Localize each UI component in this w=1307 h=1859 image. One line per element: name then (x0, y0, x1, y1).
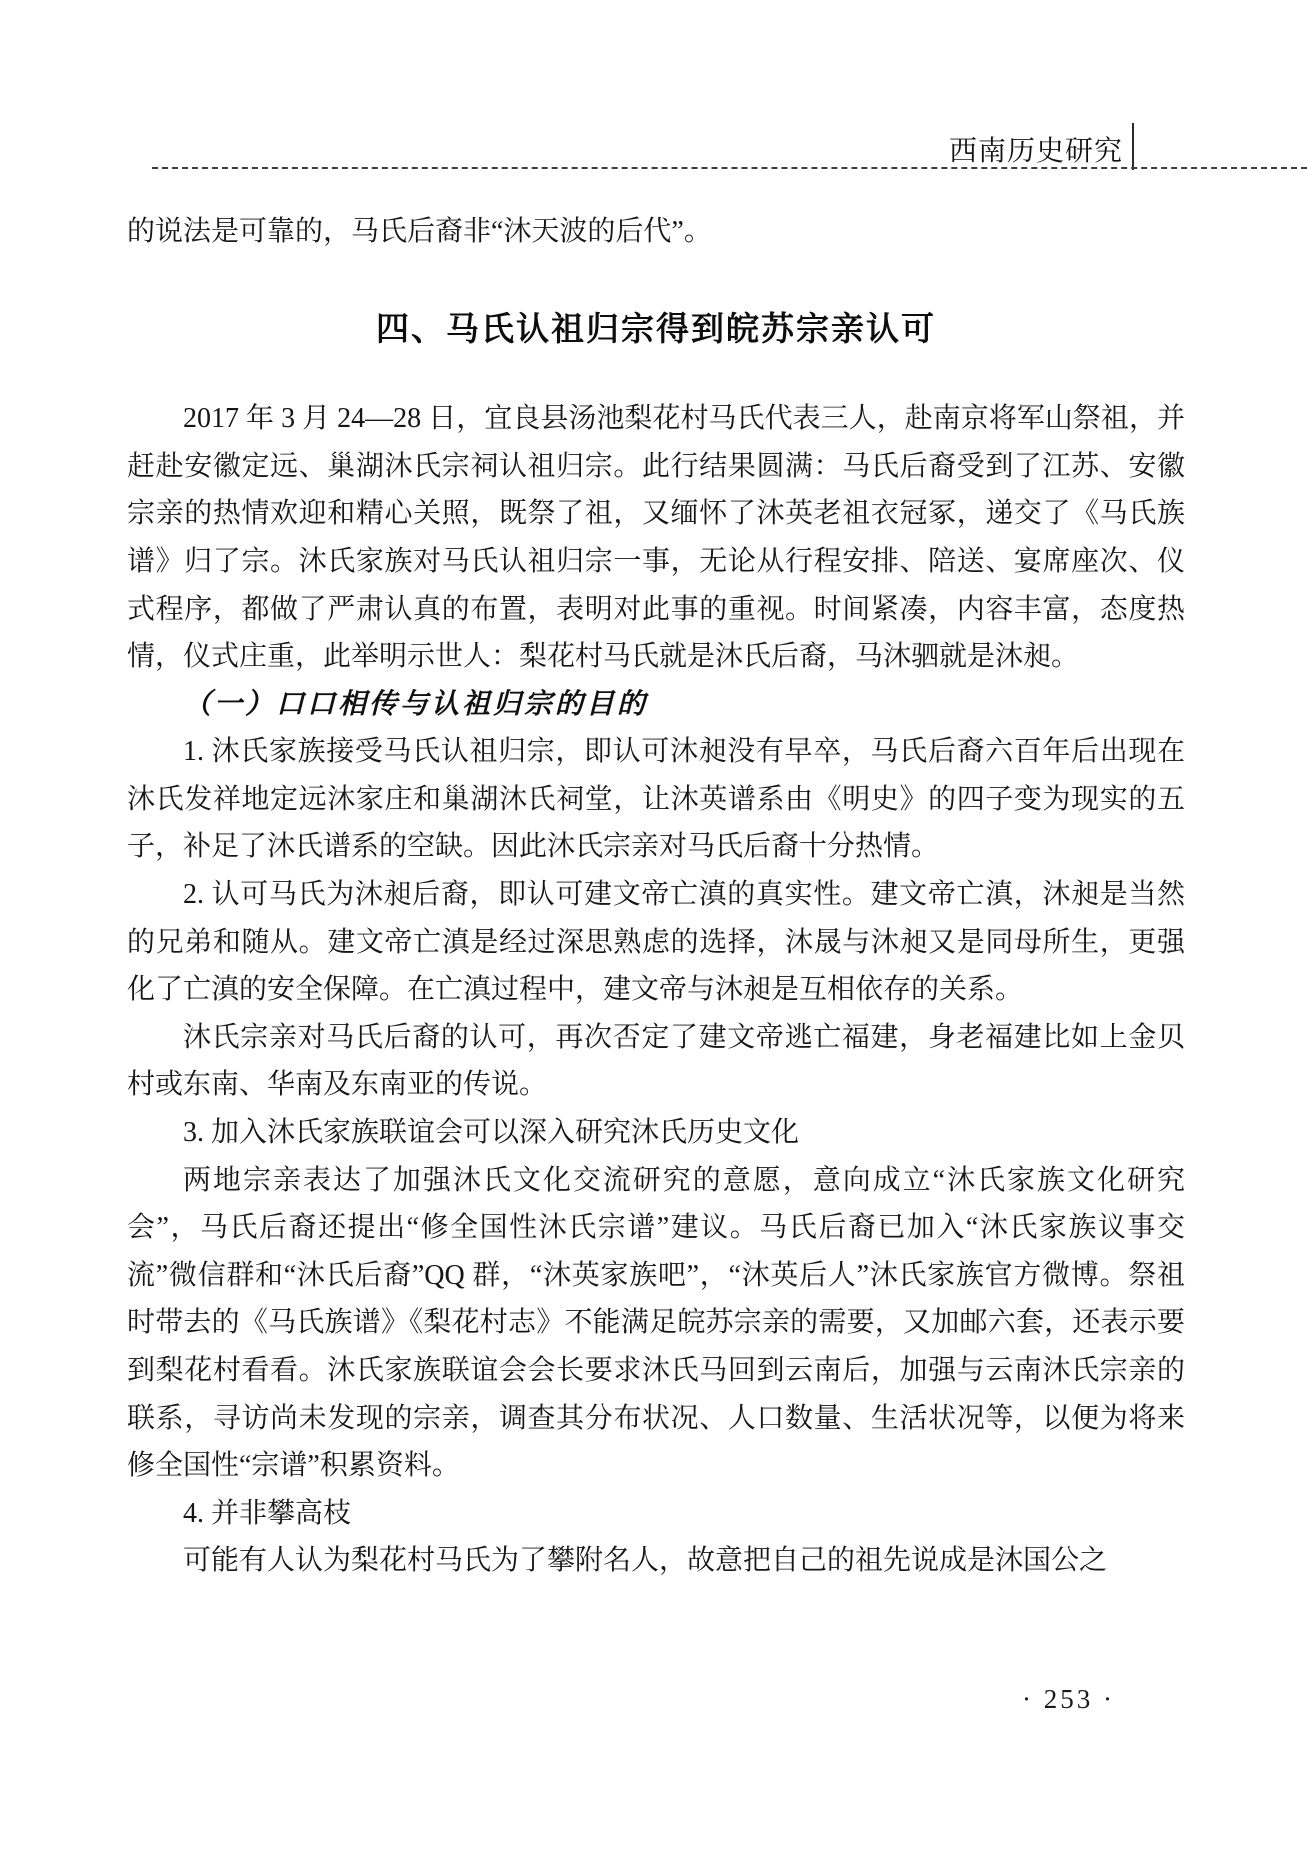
body-paragraph: 沐氏宗亲对马氏后裔的认可，再次否定了建文帝逃亡福建，身老福建比如上金贝村或东南、… (127, 1014, 1185, 1109)
journal-title: 西南历史研究 (0, 129, 1123, 169)
page-number: · 253 · (1022, 1684, 1115, 1715)
body-paragraph: 2017 年 3 月 24—28 日，宜良县汤池梨花村马氏代表三人，赴南京将军山… (127, 395, 1185, 681)
body-paragraph: 可能有人认为梨花村马氏为了攀附名人，故意把自己的祖先说成是沐国公之 (127, 1537, 1185, 1585)
body-paragraph: 两地宗亲表达了加强沐氏文化交流研究的意愿，意向成立“沐氏家族文化研究会”，马氏后… (127, 1157, 1185, 1490)
body-paragraph: 2. 认可马氏为沐昶后裔，即认可建文帝亡滇的真实性。建文帝亡滇，沐昶是当然的兄弟… (127, 871, 1185, 1014)
body-paragraph: 4. 并非攀高枝 (127, 1490, 1185, 1538)
content-blocks: 2017 年 3 月 24—28 日，宜良县汤池梨花村马氏代表三人，赴南京将军山… (127, 395, 1185, 1585)
page-body: 的说法是可靠的，马氏后裔非“沐天波的后代”。 四、马氏认祖归宗得到皖苏宗亲认可 … (127, 208, 1185, 1585)
header-dashed-rule (152, 167, 1307, 169)
intro-continuation-line: 的说法是可靠的，马氏后裔非“沐天波的后代”。 (127, 208, 1185, 256)
body-paragraph: 1. 沐氏家族接受马氏认祖归宗，即认可沐昶没有早卒，马氏后裔六百年后出现在沐氏发… (127, 728, 1185, 871)
header-vertical-rule (1132, 123, 1134, 170)
section-title: 四、马氏认祖归宗得到皖苏宗亲认可 (127, 307, 1185, 352)
body-paragraph: 3. 加入沐氏家族联谊会可以深入研究沐氏历史文化 (127, 1109, 1185, 1157)
subsection-heading: （一）口口相传与认祖归宗的目的 (127, 681, 1185, 729)
